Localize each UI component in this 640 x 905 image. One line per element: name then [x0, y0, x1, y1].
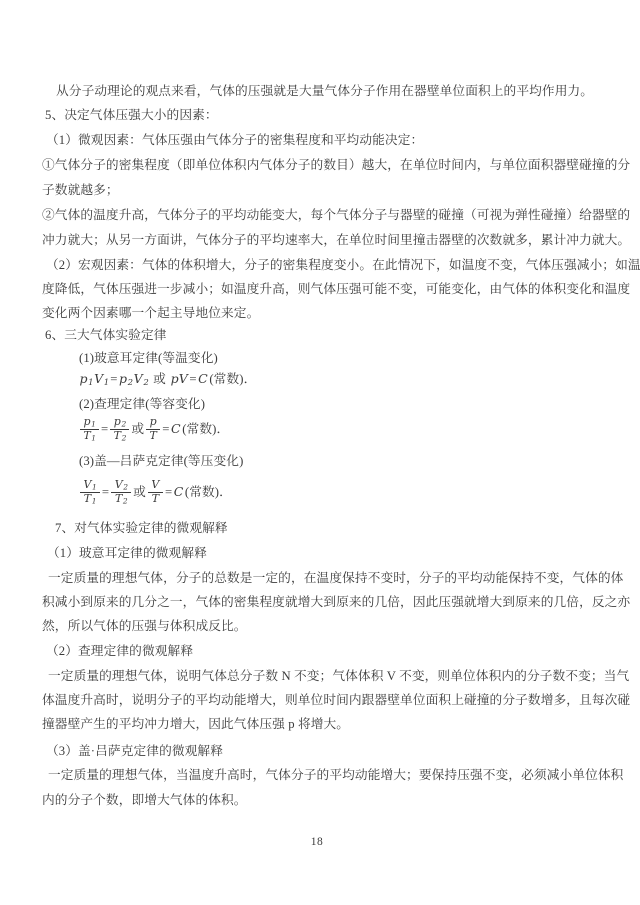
fraction-numerator: V: [148, 479, 163, 494]
fraction-formula-line: V1T1=V2T2或VT=C(常数)．: [79, 476, 233, 508]
fraction-denominator: T: [151, 493, 159, 506]
document-page: 从分子动理论的观点来看，气体的压强就是大量气体分子作用在器壁单位面积上的平均作用…: [0, 0, 640, 905]
text-line: 一定质量的理想气体，当温度升高时，气体分子的平均动能增大；要保持压强不变，必须减…: [48, 767, 623, 783]
text-line: (2)查理定律(等容变化): [79, 396, 205, 412]
fraction-numerator: V2: [111, 479, 131, 494]
fraction-numerator: p2: [110, 416, 129, 431]
text-line: 冲力就大；从另一方面讲，气体分子的平均速率大，在单位时间里撞击器壁的次数就多，累…: [42, 232, 630, 248]
formula-subscript: 2: [123, 497, 128, 506]
formula-subscript: 2: [121, 419, 126, 428]
formula-variable: p: [119, 371, 128, 386]
formula-variable: V: [94, 371, 104, 386]
formula-text: (常数)．: [181, 421, 230, 437]
formula-variable: V: [114, 478, 123, 491]
formula-subscript: 1: [92, 497, 97, 506]
fraction-denominator: T2: [114, 493, 127, 506]
fraction: p1T1: [80, 416, 99, 443]
text-line: 一定质量的理想气体，分子的总数是一定的，在温度保持不变时，分子的平均动能保持不变…: [48, 570, 623, 586]
formula-variable: T: [151, 492, 159, 505]
formula-subscript: 2: [123, 482, 128, 491]
formula-variable: p: [83, 415, 91, 428]
formula-variable: V: [151, 478, 160, 491]
text-line: （2）查理定律的微观解释: [46, 643, 193, 659]
text-line: 6、三大气体实验定律: [45, 327, 167, 343]
text-line: (3)盖—吕萨克定律(等压变化): [79, 453, 243, 469]
text-line: ②气体的温度升高，气体分子的平均动能变大，每个气体分子与器壁的碰撞（可视为弹性碰…: [42, 207, 630, 223]
fraction: VT: [148, 479, 163, 506]
formula-variable: V: [83, 478, 92, 491]
text-line: 变化两个因素哪一个起主导地位来定。: [42, 305, 259, 321]
formula-variable: pV: [170, 371, 188, 386]
fraction-denominator: T1: [83, 493, 96, 506]
fraction: V1T1: [80, 479, 100, 506]
formula-variable: T: [114, 492, 122, 505]
formula-text: =: [109, 372, 118, 386]
text-line: ①气体分子的密集程度（即单位体积内气体分子的数目）越大，在单位时间内，与单位面积…: [42, 157, 630, 173]
formula-subscript: 2: [122, 434, 127, 443]
text-line: 体温度升高时，说明分子的平均动能增大，则单位时间内跟器壁单位面积上碰撞的分子数增…: [42, 692, 630, 708]
formula-subscript: 2: [143, 378, 149, 388]
fraction: p2T2: [110, 416, 129, 443]
fraction-denominator: T2: [113, 430, 126, 443]
fraction-denominator: T1: [83, 430, 96, 443]
formula-text: =: [188, 372, 197, 386]
formula-variable: C: [173, 484, 184, 500]
formula-variable: p: [79, 371, 88, 386]
formula-subscript: 1: [88, 378, 94, 388]
fraction: pT: [146, 416, 160, 443]
text-line: （3）盖·吕萨克定律的微观解释: [46, 743, 223, 759]
text-line: 7、对气体实验定律的微观解释: [55, 520, 228, 536]
formula-text: =: [100, 421, 109, 437]
formula-line: p1V1=p2V2 或 pV=C(常数)．: [79, 371, 257, 387]
formula-variable: T: [149, 429, 157, 442]
text-line: 积减小到原来的几分之一，气体的密集程度就增大到原来的几倍，因此压强就增大到原来的…: [42, 594, 630, 610]
text-line: 内的分子个数，即增大气体的体积。: [42, 792, 247, 808]
fraction: V2T2: [111, 479, 131, 506]
fraction-formula-line: p1T1=p2T2或pT=C(常数)．: [79, 413, 230, 445]
formula-variable: C: [171, 421, 182, 437]
formula-variable: p: [149, 415, 157, 428]
formula-text: 或: [130, 421, 145, 437]
formula-variable: T: [113, 429, 121, 442]
text-line: (1)玻意耳定律(等温变化): [79, 350, 218, 366]
formula-subscript: 1: [92, 482, 97, 491]
formula-subscript: 1: [91, 434, 96, 443]
text-line: 撞器壁产生的平均冲力增大，因此气体压强 p 将增大。: [42, 716, 349, 732]
text-line: 子数就越多；: [42, 182, 119, 198]
formula-subscript: 1: [91, 419, 96, 428]
text-line: 从分子动理论的观点来看，气体的压强就是大量气体分子作用在器壁单位面积上的平均作用…: [56, 83, 593, 99]
formula-text: =: [164, 484, 173, 500]
formula-variable: C: [198, 371, 209, 386]
formula-text: =: [101, 484, 110, 500]
formula-text: (常数)．: [208, 372, 257, 386]
formula-text: 或: [132, 484, 147, 500]
text-line: （1）玻意耳定律的微观解释: [47, 545, 207, 561]
text-line: （2）宏观因素：气体的体积增大，分子的密集程度变小。在此情况下，如温度不变，气体…: [46, 257, 640, 273]
formula-text: 或: [149, 372, 170, 386]
text-line: 度降低，气体压强进一步减小；如温度升高，则气体压强可能不变，可能变化，由气体的体…: [42, 281, 630, 297]
page-number: 18: [0, 836, 634, 848]
fraction-denominator: T: [149, 430, 157, 443]
formula-variable: T: [83, 492, 91, 505]
text-line: 一定质量的理想气体，说明气体总分子数 N 不变；气体体积 V 不变，则单位体积内…: [48, 668, 629, 684]
text-line: 5、决定气体压强大小的因素：: [45, 107, 218, 123]
formula-variable: V: [133, 371, 143, 386]
text-line: 然，所以气体的压强与体积成反比。: [42, 618, 247, 634]
formula-text: =: [161, 421, 170, 437]
formula-text: (常数)．: [184, 484, 233, 500]
fraction-numerator: p1: [80, 416, 99, 431]
text-line: （1）微观因素：气体压强由气体分子的密集程度和平均动能决定：: [46, 132, 423, 148]
fraction-numerator: p: [146, 416, 160, 431]
fraction-numerator: V1: [80, 479, 100, 494]
